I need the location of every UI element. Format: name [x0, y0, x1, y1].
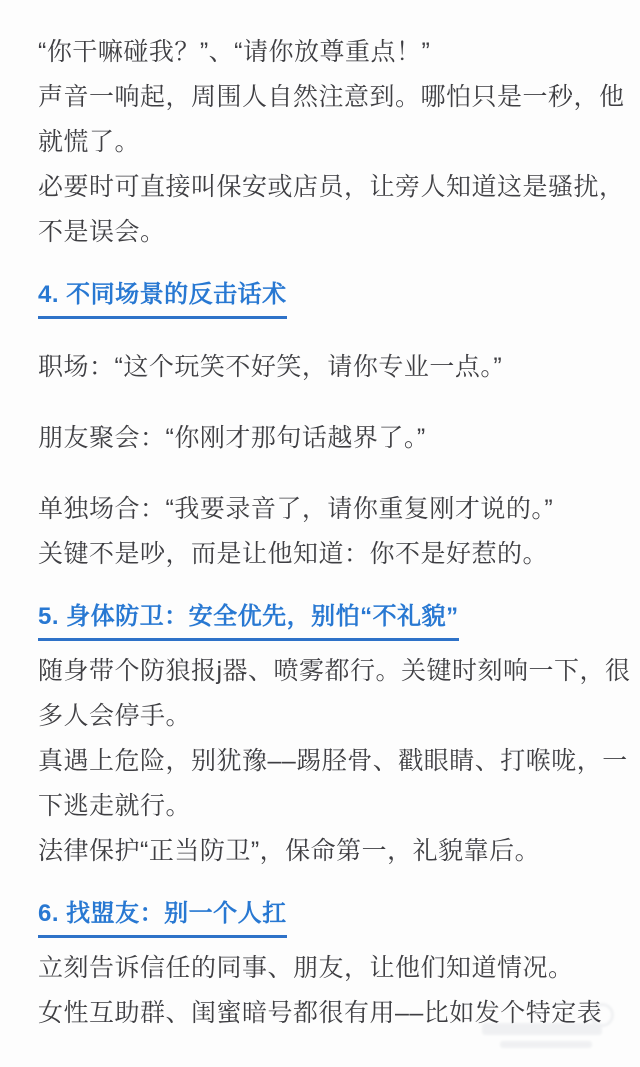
- section-heading: 5. 身体防卫：安全优先，别怕“不礼貌”: [38, 601, 459, 641]
- section: 5. 身体防卫：安全优先，别怕“不礼貌”随身带个防狼报j器、喷雾都行。关键时刻响…: [38, 601, 626, 874]
- paragraph: 职场：“这个玩笑不好笑，请你专业一点。”: [38, 345, 626, 390]
- section-heading-wrap: 5. 身体防卫：安全优先，别怕“不礼貌”: [38, 601, 626, 641]
- section: 6. 找盟友：别一个人扛立刻告诉信任的同事、朋友，让他们知道情况。女性互助群、闺…: [38, 898, 626, 1036]
- section-heading: 4. 不同场景的反击话术: [38, 279, 287, 319]
- paragraph: 单独场合：“我要录音了，请你重复刚才说的。”关键不是吵，而是让他知道：你不是好惹…: [38, 487, 626, 577]
- text-line: 女性互助群、闺蜜暗号都很有用––比如发个特定表: [38, 991, 626, 1036]
- text-line: 立刻告诉信任的同事、朋友，让他们知道情况。: [38, 946, 626, 991]
- text-line: 随身带个防狼报j器、喷雾都行。关键时刻响一下，很: [38, 649, 626, 694]
- text-line: 关键不是吵，而是让他知道：你不是好惹的。: [38, 532, 626, 577]
- text-line: 下逃走就行。: [38, 784, 626, 829]
- article-page: “你干嘛碰我？”、“请你放尊重点！”声音一响起，周围人自然注意到。哪怕只是一秒，…: [0, 0, 640, 1067]
- section-heading-wrap: 6. 找盟友：别一个人扛: [38, 898, 626, 938]
- section: 4. 不同场景的反击话术职场：“这个玩笑不好笑，请你专业一点。”朋友聚会：“你刚…: [38, 279, 626, 577]
- paragraph: 随身带个防狼报j器、喷雾都行。关键时刻响一下，很多人会停手。真遇上危险，别犹豫–…: [38, 649, 626, 874]
- watermark-subtext-bar: [500, 1041, 592, 1048]
- intro-line: “你干嘛碰我？”、“请你放尊重点！”: [38, 30, 626, 75]
- intro-line: 就慌了。: [38, 120, 626, 165]
- text-line: 职场：“这个玩笑不好笑，请你专业一点。”: [38, 345, 626, 390]
- sections-container: 4. 不同场景的反击话术职场：“这个玩笑不好笑，请你专业一点。”朋友聚会：“你刚…: [38, 279, 626, 1036]
- section-heading-wrap: 4. 不同场景的反击话术: [38, 279, 626, 319]
- text-line: 朋友聚会：“你刚才那句话越界了。”: [38, 416, 626, 461]
- intro-paragraph: “你干嘛碰我？”、“请你放尊重点！”声音一响起，周围人自然注意到。哪怕只是一秒，…: [38, 30, 626, 255]
- text-line: 单独场合：“我要录音了，请你重复刚才说的。”: [38, 487, 626, 532]
- text-line: 真遇上危险，别犹豫––踢胫骨、戳眼睛、打喉咙，一: [38, 739, 626, 784]
- intro-line: 声音一响起，周围人自然注意到。哪怕只是一秒，他: [38, 75, 626, 120]
- section-heading: 6. 找盟友：别一个人扛: [38, 898, 287, 938]
- text-line: 多人会停手。: [38, 694, 626, 739]
- text-line: 法律保护“正当防卫”，保命第一，礼貌靠后。: [38, 829, 626, 874]
- paragraph: 朋友聚会：“你刚才那句话越界了。”: [38, 416, 626, 461]
- intro-line: 不是误会。: [38, 210, 626, 255]
- paragraph: 立刻告诉信任的同事、朋友，让他们知道情况。女性互助群、闺蜜暗号都很有用––比如发…: [38, 946, 626, 1036]
- intro-line: 必要时可直接叫保安或店员，让旁人知道这是骚扰，: [38, 165, 626, 210]
